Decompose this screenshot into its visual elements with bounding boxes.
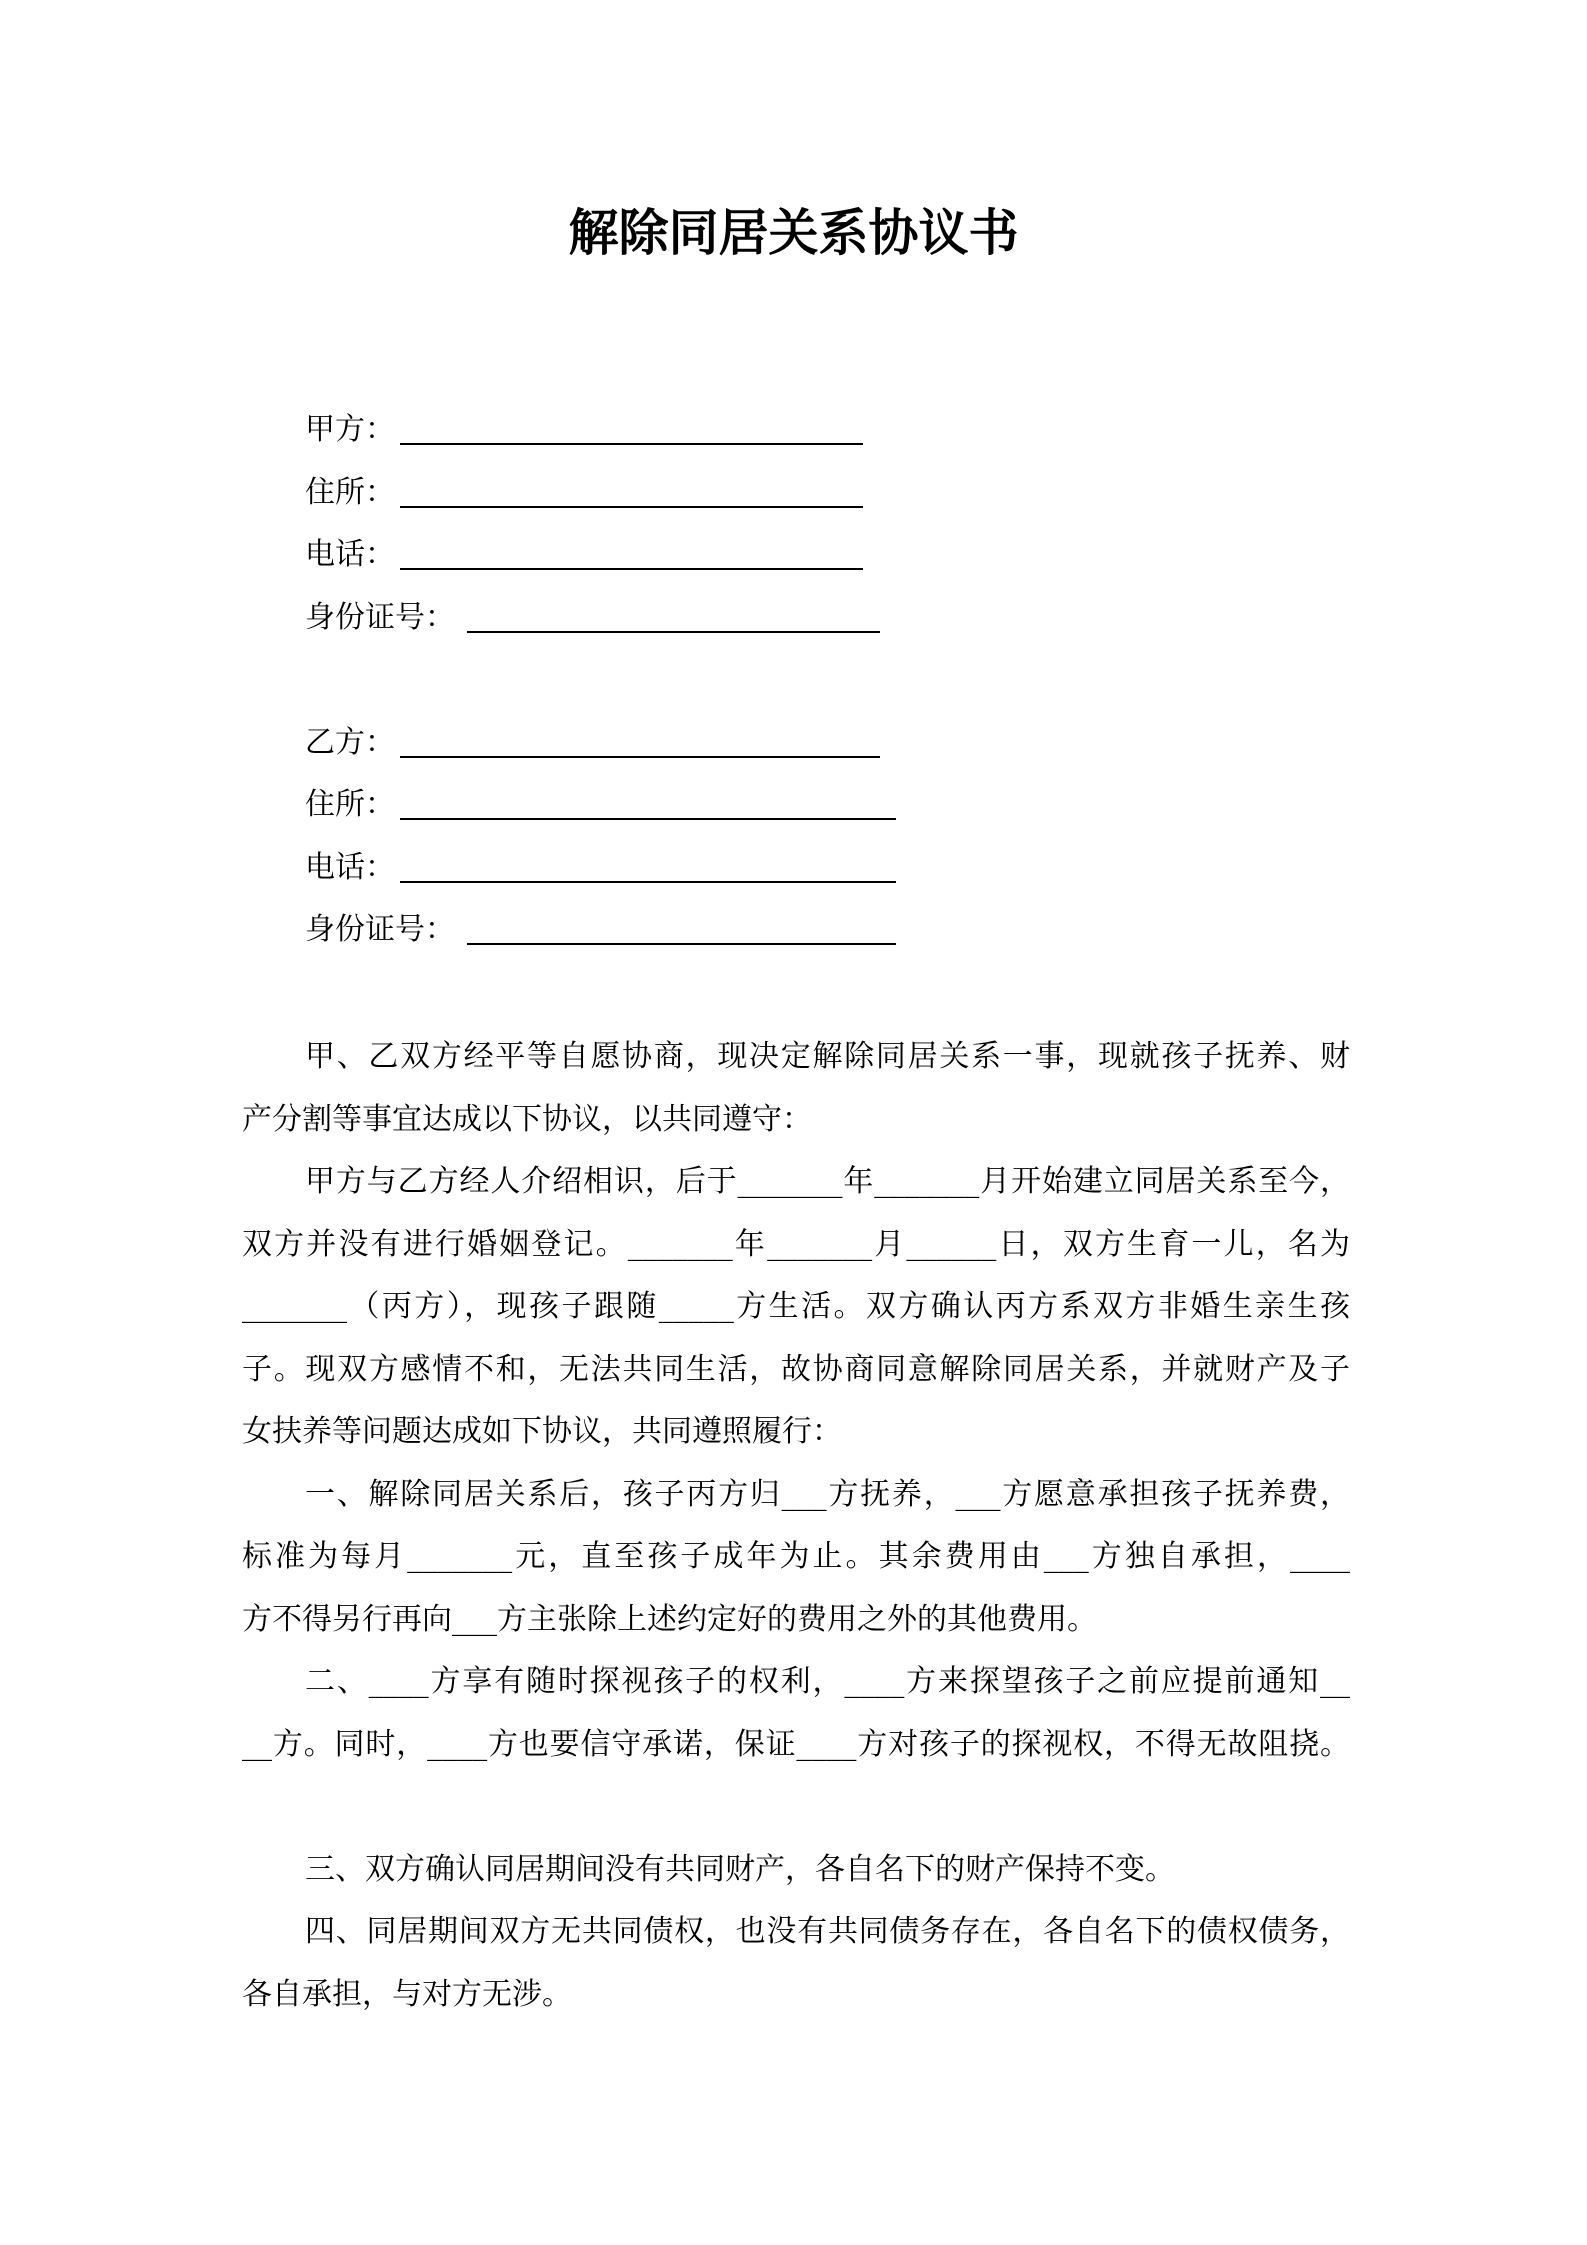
clause-2-line: __方。同时，____方也要信守承诺，保证____方对孩子的探视权，不得无故阻挠… <box>242 1723 1350 1767</box>
clause-4-line: 四、同居期间双方无共同债权，也没有共同债务存在，各自名下的债权债务， <box>305 1910 1350 1954</box>
body-line: 甲方与乙方经人介绍相识，后于_______年_______月开始建立同居关系至今… <box>305 1160 1350 1204</box>
field-label: 身份证号： <box>305 598 455 638</box>
party-b-name-blank[interactable] <box>400 756 880 758</box>
party-b-id-blank[interactable] <box>467 943 896 945</box>
party-a-phone-field: 电话： <box>305 535 395 575</box>
party-a-name-blank[interactable] <box>400 443 863 445</box>
party-a-phone-blank[interactable] <box>400 568 863 570</box>
field-label: 电话： <box>305 535 395 575</box>
field-label: 乙方： <box>305 723 395 763</box>
clause-1-line: 一、解除同居关系后，孩子丙方归___方抚养，___方愿意承担孩子抚养费， <box>305 1473 1350 1517</box>
body-line: 女扶养等问题达成如下协议，共同遵照履行： <box>242 1410 1350 1454</box>
party-b-address-blank[interactable] <box>400 818 896 820</box>
party-b-id-field: 身份证号： <box>305 910 455 950</box>
field-label: 电话： <box>305 848 395 888</box>
body-line: _______（丙方），现孩子跟随_____方生活。双方确认丙方系双方非婚生亲生… <box>242 1285 1350 1329</box>
clause-4-line: 各自承担，与对方无涉。 <box>242 1973 1350 2017</box>
clause-3-line: 三、双方确认同居期间没有共同财产，各自名下的财产保持不变。 <box>305 1848 1350 1892</box>
field-label: 身份证号： <box>305 910 455 950</box>
body-line: 甲、乙双方经平等自愿协商，现决定解除同居关系一事，现就孩子抚养、财 <box>305 1035 1350 1079</box>
party-b-phone-blank[interactable] <box>400 881 896 883</box>
body-line: 产分割等事宜达成以下协议，以共同遵守： <box>242 1098 1350 1142</box>
party-b-phone-field: 电话： <box>305 848 395 888</box>
field-label: 住所： <box>305 473 395 513</box>
field-label: 住所： <box>305 785 395 825</box>
field-label: 甲方： <box>305 410 395 450</box>
party-a-name-field: 甲方： <box>305 410 395 450</box>
party-b-name-field: 乙方： <box>305 723 395 763</box>
party-a-address-field: 住所： <box>305 473 395 513</box>
party-b-address-field: 住所： <box>305 785 395 825</box>
body-line: 双方并没有进行婚姻登记。_______年_______月______日，双方生育… <box>242 1223 1350 1267</box>
party-a-id-blank[interactable] <box>467 631 880 633</box>
party-a-id-field: 身份证号： <box>305 598 455 638</box>
clause-2-line: 二、____方享有随时探视孩子的权利，____方来探望孩子之前应提前通知__ <box>305 1660 1350 1704</box>
document-title: 解除同居关系协议书 <box>0 203 1587 263</box>
body-line: 子。现双方感情不和，无法共同生活，故协商同意解除同居关系，并就财产及子 <box>242 1348 1350 1392</box>
party-a-address-blank[interactable] <box>400 506 863 508</box>
clause-1-line: 方不得另行再向___方主张除上述约定好的费用之外的其他费用。 <box>242 1598 1350 1642</box>
clause-1-line: 标准为每月_______元，直至孩子成年为止。其余费用由___方独自承担，___… <box>242 1535 1350 1579</box>
